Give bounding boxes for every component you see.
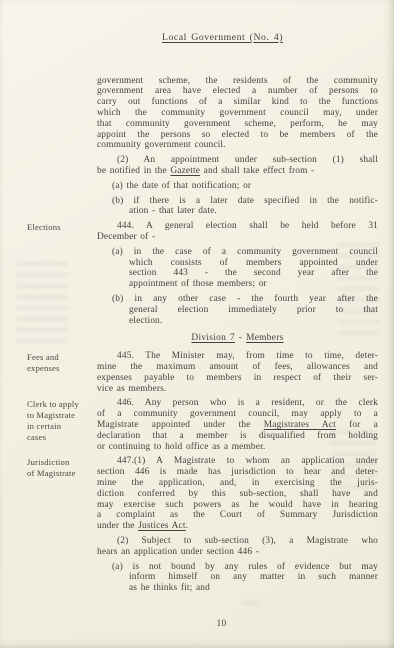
subsection-2-447-paragraph: (2) Subject to sub-section (3), a Magist… xyxy=(97,536,378,558)
paragraph-text: 445. The Minister may, from time to time… xyxy=(97,351,378,383)
paragraph-text: (2) Subject to sub-section (3), a Magist… xyxy=(97,536,378,547)
page-number: 10 xyxy=(97,619,378,629)
division-heading-number: Division 7 xyxy=(191,333,235,343)
paragraph-text: (a) is not bound by any rules of evidenc… xyxy=(112,562,378,584)
paragraph-text: be notified in the Gazette and shall tak… xyxy=(97,166,378,177)
margin-gutter xyxy=(27,247,97,290)
margin-gutter xyxy=(27,155,97,177)
scanned-document-page: Local Government (No. 4) government sche… xyxy=(0,0,394,648)
page-title: Local Government (No. 4) xyxy=(97,32,378,43)
paragraph-text: (b) if there is a later date specified i… xyxy=(112,196,378,207)
margin-note-jurisdiction: Jurisdiction of Magistrate xyxy=(27,456,97,532)
section-446-paragraph: 446. Any person who is a resident, or th… xyxy=(97,398,378,452)
list-item-a: (a) is not bound by any rules of evidenc… xyxy=(112,562,378,594)
paragraph-text: (2) An appointment under sub-section (1)… xyxy=(97,155,378,166)
subsection-2-paragraph: (2) An appointment under sub-section (1)… xyxy=(97,155,378,177)
margin-gutter xyxy=(27,536,97,558)
paragraph-text: community government council. xyxy=(97,140,378,151)
paragraph-text: December of - xyxy=(97,232,378,243)
page-title-text: Local Government (No. 4) xyxy=(162,32,283,43)
division-heading: Division 7 - Members xyxy=(97,330,378,347)
margin-gutter xyxy=(27,562,97,594)
paragraph-text: 444. A general election shall be held be… xyxy=(97,221,378,232)
margin-gutter xyxy=(27,181,97,192)
paragraph-text: vice as members. xyxy=(97,384,378,395)
paragraph-text: 446. Any person who is a resident, or th… xyxy=(97,398,378,441)
paragraph-text: (a) in the case of a community governmen… xyxy=(112,247,378,279)
section-444-paragraph: 444. A general election shall be held be… xyxy=(97,221,378,243)
margin-gutter xyxy=(27,598,97,629)
paragraph-text: hears an application under section 446 - xyxy=(97,547,378,558)
paragraph-text: (a) the date of that notification; or xyxy=(112,181,378,192)
list-item-a: (a) the date of that notification; or xyxy=(112,181,378,192)
list-item-a: (a) in the case of a community governmen… xyxy=(112,247,378,290)
paragraph-text: appointment of those members; or xyxy=(112,279,378,290)
paragraph-text: ation - that later date. xyxy=(112,206,378,217)
section-447-paragraph: 447.(1) A Magistrate to whom an applicat… xyxy=(97,456,378,532)
margin-gutter xyxy=(27,330,97,347)
list-item-b: (b) in any other case - the fourth year … xyxy=(112,294,378,326)
document-body: Local Government (No. 4) government sche… xyxy=(0,0,394,629)
paragraph-text: election. xyxy=(112,316,378,327)
paragraph-text: as he thinks fit; and xyxy=(112,583,378,594)
section-445-paragraph: 445. The Minister may, from time to time… xyxy=(97,351,378,394)
margin-gutter xyxy=(27,25,97,72)
margin-gutter xyxy=(27,196,97,218)
paragraph-text: government scheme, the residents of the … xyxy=(97,76,378,141)
margin-note-fees-and-expenses: Fees and expenses xyxy=(27,351,97,394)
paragraph-text: under the Justices Act. xyxy=(97,521,378,532)
division-heading-separator: - xyxy=(235,333,246,343)
paragraph-text: (b) in any other case - the fourth year … xyxy=(112,294,378,316)
margin-gutter xyxy=(27,294,97,326)
paragraph-text: or continuing to hold office as a member… xyxy=(97,442,378,453)
paragraph-text: 447.(1) A Magistrate to whom an applicat… xyxy=(97,456,378,521)
list-item-b: (b) if there is a later date specified i… xyxy=(112,196,378,218)
division-heading-title: Members xyxy=(246,333,284,343)
margin-note-clerk-to-apply: Clerk to apply to Magistrate in certain … xyxy=(27,398,97,452)
margin-note-elections: Elections xyxy=(27,221,97,243)
margin-gutter xyxy=(27,76,97,152)
intro-paragraph: government scheme, the residents of the … xyxy=(97,76,378,152)
